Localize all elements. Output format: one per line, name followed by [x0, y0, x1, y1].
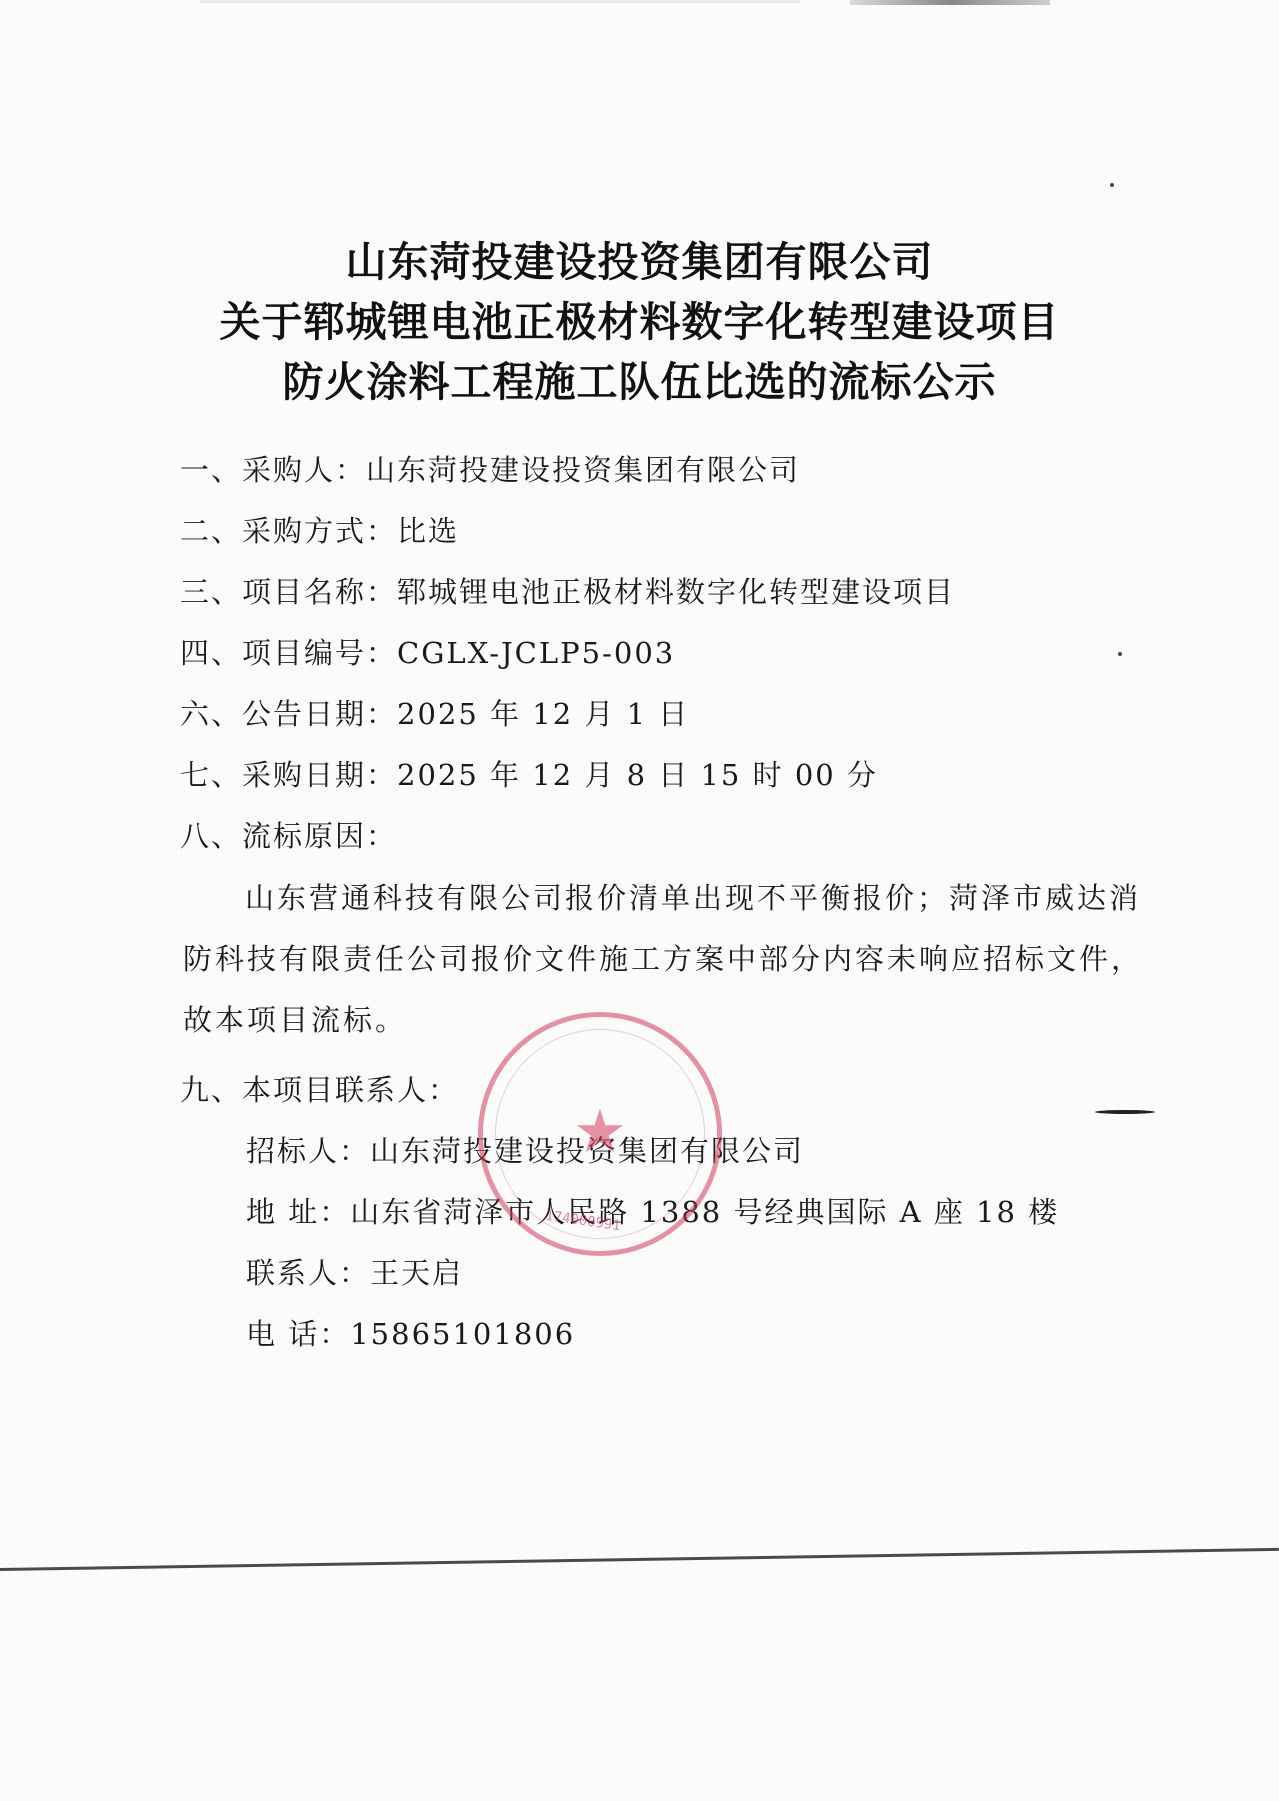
scan-artifact	[850, 0, 1050, 5]
contact-person: 联系人：王天启	[246, 1253, 463, 1293]
failure-reason-text: 山东营通科技有限公司报价清单出现不平衡报价；菏泽市威达消防科技有限责任公司报价文…	[183, 868, 1143, 1051]
item-announce-date: 六、公告日期：2025 年 12 月 1 日	[180, 694, 689, 734]
item-failure-reason: 八、流标原因：	[180, 816, 397, 856]
item-method: 二、采购方式：比选	[180, 511, 459, 551]
contact-phone: 电 话：15865101806	[246, 1314, 575, 1354]
document-title: 山东菏投建设投资集团有限公司 关于郓城锂电池正极材料数字化转型建设项目 防火涂料…	[0, 232, 1279, 412]
item-project-name: 三、项目名称：郓城锂电池正极材料数字化转型建设项目	[180, 572, 955, 612]
scan-artifact	[1118, 652, 1122, 656]
title-line-2: 关于郓城锂电池正极材料数字化转型建设项目	[0, 292, 1279, 352]
item-purchaser: 一、采购人：山东菏投建设投资集团有限公司	[180, 450, 800, 490]
scan-artifact	[1095, 1110, 1155, 1114]
contact-heading: 九、本项目联系人：	[180, 1070, 459, 1110]
item-purchase-date: 七、采购日期：2025 年 12 月 8 日 15 时 00 分	[180, 755, 878, 795]
fold-line	[0, 1548, 1279, 1571]
document-page: 山东菏投建设投资集团有限公司 关于郓城锂电池正极材料数字化转型建设项目 防火涂料…	[0, 0, 1279, 1801]
company-seal: ★ 174000991	[478, 1012, 722, 1256]
star-icon: ★	[573, 1102, 627, 1162]
scan-artifact	[1110, 183, 1114, 187]
title-line-3: 防火涂料工程施工队伍比选的流标公示	[0, 352, 1279, 412]
item-project-number: 四、项目编号：CGLX-JCLP5-003	[180, 633, 675, 673]
scan-artifact	[200, 0, 800, 3]
title-line-1: 山东菏投建设投资集团有限公司	[0, 232, 1279, 292]
